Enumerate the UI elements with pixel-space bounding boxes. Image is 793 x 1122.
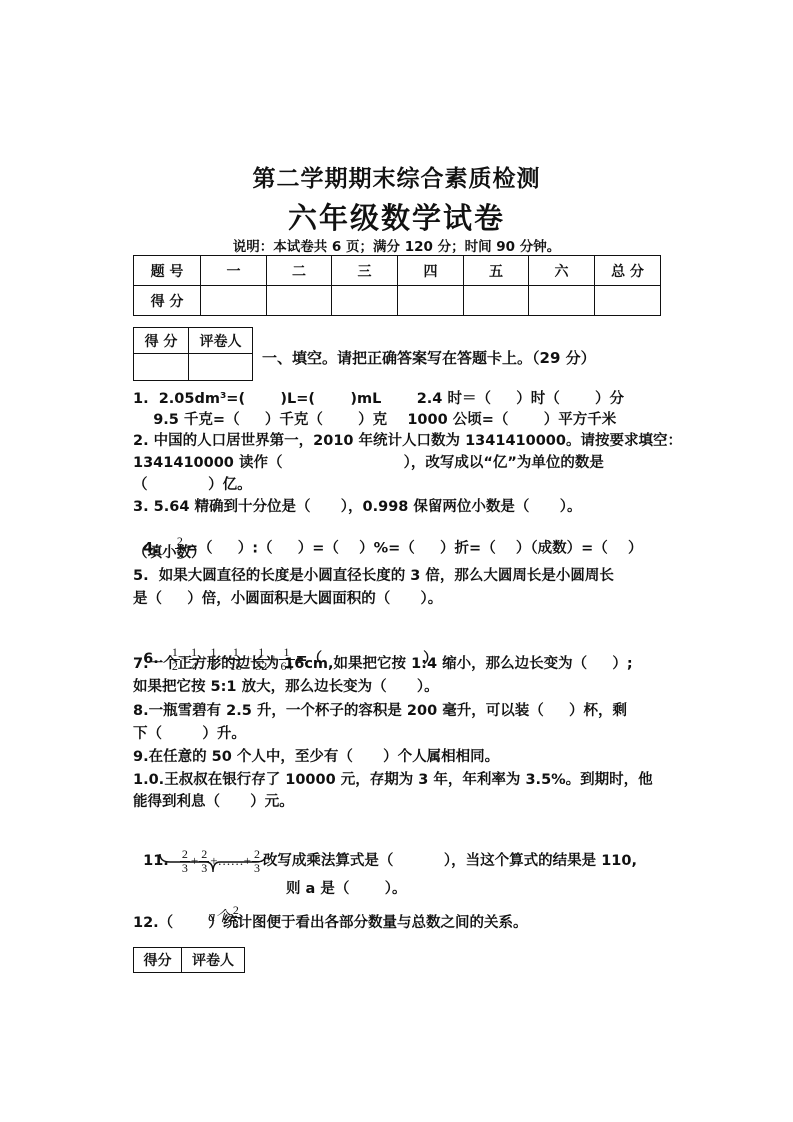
score-summary-table: 题 号 一 二 三 四 五 六 总 分 得 分 xyxy=(133,255,661,316)
score-table-score-row: 得 分 xyxy=(134,286,661,316)
score-cell-5 xyxy=(464,286,529,316)
score-cell-1 xyxy=(201,286,267,316)
score-row-label: 得 分 xyxy=(134,286,201,316)
question-4-line2: （填小数） xyxy=(133,543,206,563)
header-cell-5: 五 xyxy=(464,256,529,286)
header-cell-3: 三 xyxy=(332,256,398,286)
score-cell-total xyxy=(595,286,661,316)
score-cell-6 xyxy=(529,286,595,316)
question-11-line2: 则 a 是（ ）。 xyxy=(286,879,406,899)
exam-title-line1: 第二学期期末综合素质检测 xyxy=(0,160,793,193)
score-cell-2 xyxy=(267,286,332,316)
section1-grader-box: 得 分 评卷人 xyxy=(133,327,253,381)
question-5-line1: 5. 如果大圆直径的长度是小圆直径长度的 3 倍，那么大圆周长是小圆周长 xyxy=(133,566,614,586)
score-cell-4 xyxy=(398,286,464,316)
underbrace-icon xyxy=(158,852,268,874)
question-10-line2: 能得到利息（ ）元。 xyxy=(133,792,294,812)
grader-score-label: 得 分 xyxy=(134,328,189,354)
question-10-line1: 1.0.王叔叔在银行存了 10000 元，存期为 3 年，年利率为 3.5%。到… xyxy=(133,770,653,790)
header-cell-question-number: 题 号 xyxy=(134,256,201,286)
question-7-line2: 如果把它按 5:1 放大，那么边长变为（ ）。 xyxy=(133,677,439,697)
question-4-rest: =（ ）:（ ）=（ ）%=（ ）折=（ ）（成数）=（ ） xyxy=(186,541,643,557)
question-8-line1: 8.一瓶雪碧有 2.5 升，一个杯子的容积是 200 毫升，可以装（ ）杯，剩 xyxy=(133,701,627,721)
question-12: 12.（ ）统计图便于看出各部分数量与总数之间的关系。 xyxy=(133,913,528,933)
grader-name-label: 评卷人 xyxy=(182,948,245,973)
grader-score-value xyxy=(134,354,189,381)
question-8-line2: 下（ ）升。 xyxy=(133,724,246,744)
question-3: 3. 5.64 精确到十分位是（ ），0.998 保留两位小数是（ ）。 xyxy=(133,497,581,517)
header-cell-1: 一 xyxy=(201,256,267,286)
question-9: 9.在任意的 50 个人中，至少有（ ）个人属相相同。 xyxy=(133,747,499,767)
question-5-line2: 是（ ）倍，小圆面积是大圆面积的（ ）。 xyxy=(133,589,442,609)
question-11-text: 改写成乘法算式是（ ），当这个算式的结果是 110, xyxy=(263,853,637,869)
grader-name-label: 评卷人 xyxy=(189,328,253,354)
question-7-line1: 7.一个正方形的边长为 16cm,如果把它按 1:4 缩小，那么边长变为（ ）; xyxy=(133,654,633,674)
score-cell-3 xyxy=(332,286,398,316)
header-cell-2: 二 xyxy=(267,256,332,286)
grader-score-label: 得分 xyxy=(134,948,182,973)
question-2-line2: 1341410000 读作（ ），改写成以“亿”为单位的数是 xyxy=(133,453,604,473)
exam-title-line2: 六年级数学试卷 xyxy=(0,196,793,237)
header-cell-total: 总 分 xyxy=(595,256,661,286)
header-cell-4: 四 xyxy=(398,256,464,286)
header-cell-6: 六 xyxy=(529,256,595,286)
question-4: 4. 25=（ ）:（ ）=（ ）%=（ ）折=（ ）（成数）=（ ） xyxy=(133,515,642,562)
exam-instructions: 说明：本试卷共 6 页；满分 120 分；时间 90 分钟。 xyxy=(0,235,793,255)
score-table-header-row: 题 号 一 二 三 四 五 六 总 分 xyxy=(134,256,661,286)
grader-name-value xyxy=(189,354,253,381)
question-1-line2: 9.5 千克=（ ）千克（ ）克 1000 公顷=（ ）平方千米 xyxy=(133,410,616,430)
question-2-line1: 2. 中国的人口居世界第一，2010 年统计人口数为 1341410000。请按… xyxy=(133,431,682,451)
section2-grader-box: 得分 评卷人 xyxy=(133,947,245,973)
question-1-line1: 1. 2.05dm³=( )L=( )mL 2.4 时＝（ ）时（ ）分 xyxy=(133,389,624,409)
section1-heading: 一、填空。请把正确答案写在答题卡上。（29 分） xyxy=(262,347,596,368)
question-2-line3: （ ）亿。 xyxy=(133,475,252,495)
